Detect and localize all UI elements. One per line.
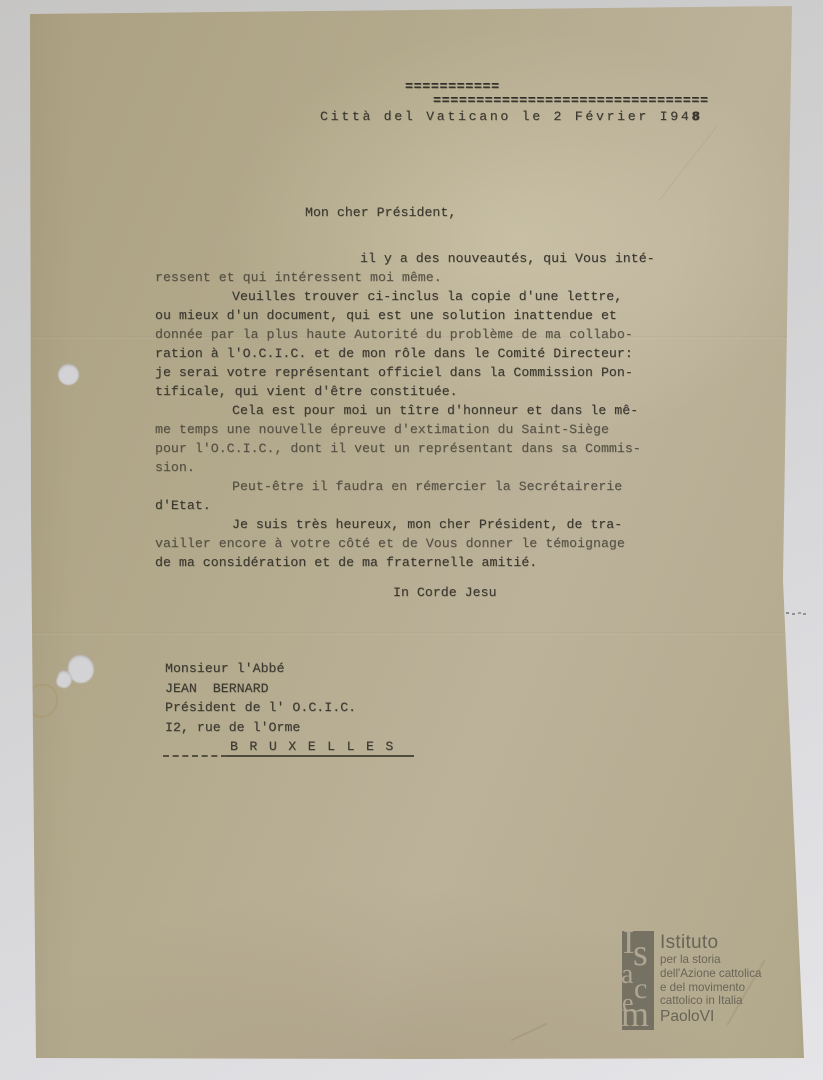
typed-divider-line: ================================ [433,93,709,108]
recipient-line: Président de l' O.C.I.C. [165,698,395,718]
watermark-text-line: Istituto [660,932,761,953]
stain-mark [26,684,58,718]
body-line: je serai votre représentant officiel dan… [155,363,655,382]
body-line: ressent et qui intéressent moi même. [155,268,655,287]
watermark-text-line: PaoloVI [660,1008,761,1026]
typed-underline-dashed [163,741,227,757]
typed-underline [227,741,414,757]
overstruck-digit: 8 [691,109,702,124]
punch-hole [58,364,79,385]
body-line: sion. [155,458,655,477]
recipient-line: Monsieur l'Abbé [165,659,395,679]
letter-body: il y a des nouveautés, qui Vous inté- re… [155,249,655,572]
monogram-letter: s [633,934,648,972]
watermark-text-line: per la storia [660,953,761,967]
body-line: il y a des nouveautés, qui Vous inté- [360,249,655,268]
body-line: ration à l'O.C.I.C. et de mon rôle dans … [155,344,655,363]
body-line: de ma considération et de ma fraternelle… [155,553,655,572]
recipient-line: JEAN BERNARD [165,679,395,699]
body-line: Veuilles trouver ci-inclus la copie d'un… [232,287,655,306]
body-line: donnée par la plus haute Autorité du pro… [155,325,655,344]
watermark-text-line: dell'Azione cattolica [660,967,761,981]
isacem-monogram: I s a c e m [622,931,654,1030]
body-line: pour l'O.C.I.C., dont il veut un représe… [155,439,655,458]
body-line: Je suis très heureux, mon cher Président… [232,515,655,534]
scratch-mark [510,1023,547,1042]
monogram-letter: m [622,996,647,1030]
recipient-line: I2, rue de l'Orme [165,718,395,738]
body-line: tificale, qui vient d'être constituée. [155,382,655,401]
scratch-mark [659,125,718,200]
watermark-text-line: e del movimento [660,981,761,995]
body-line: vailler encore à votre côté et de Vous d… [155,534,655,553]
watermark-text: Istituto per la storia dell'Azione catto… [660,932,761,1026]
fold-crease [30,632,800,635]
body-line: me temps une nouvelle épreuve d'extimati… [155,420,655,439]
typed-divider-line: =========== [405,79,500,94]
body-line: Peut-être il faudra en rémercier la Secr… [232,477,655,496]
letter-paper: =========== ============================… [0,0,823,1080]
body-line: Cela est pour moi un tître d'honneur et … [232,401,655,420]
archive-watermark: I s a c e m Istituto per la storia dell'… [620,928,795,1036]
letter-dateline: Città del Vaticano le 2 Février I948 [320,109,702,124]
background-speck [786,612,789,614]
salutation: Mon cher Président, [305,205,456,220]
body-line: ou mieux d'un document, qui est une solu… [155,306,655,325]
body-line: d'Etat. [155,496,655,515]
letter-date-text: Città del Vaticano le 2 Février I94 [320,109,691,124]
closing-line: In Corde Jesu [393,585,497,600]
monogram-letter: a [622,961,633,989]
scanned-letter-photo: =========== ============================… [0,0,823,1080]
watermark-text-line: cattolico in Italia [660,994,761,1008]
